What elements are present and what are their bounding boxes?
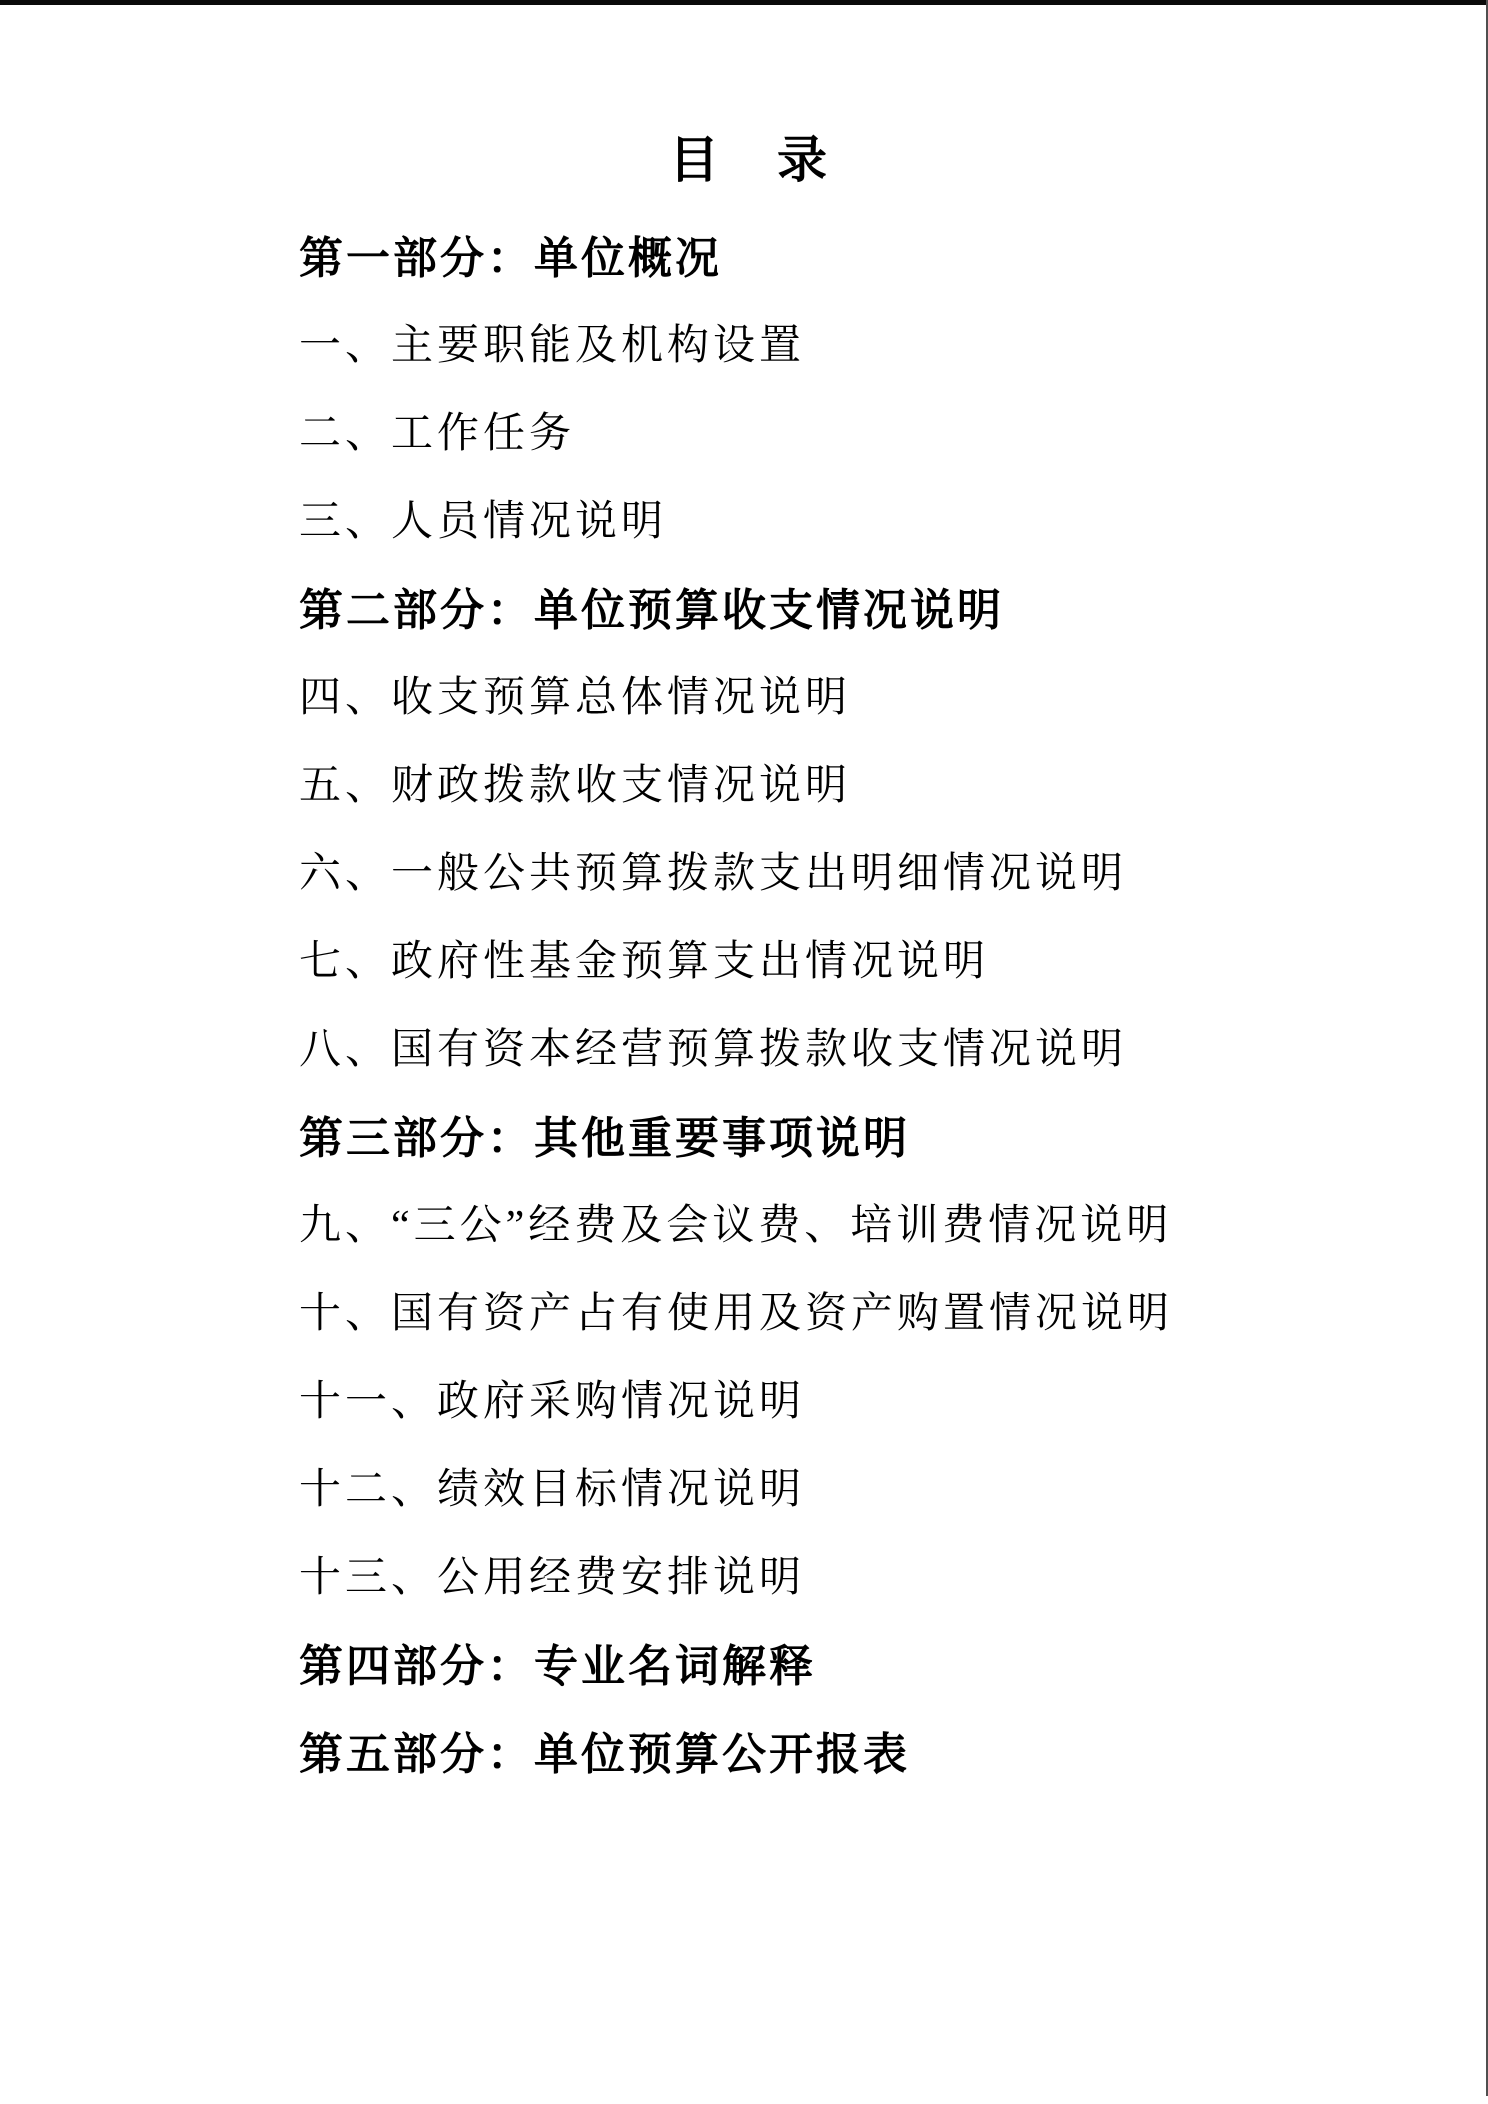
document-page: 目 录 第一部分：单位概况一、主要职能及机构设置二、工作任务三、人员情况说明第二… bbox=[0, 0, 1488, 2104]
toc-entry: 二、工作任务 bbox=[299, 410, 1399, 458]
toc-entry: 一、主要职能及机构设置 bbox=[299, 322, 1399, 370]
toc-entry: 八、国有资本经营预算拨款收支情况说明 bbox=[299, 1026, 1399, 1074]
toc-entry: 十三、公用经费安排说明 bbox=[299, 1554, 1399, 1602]
toc-entry: 十一、政府采购情况说明 bbox=[299, 1378, 1399, 1426]
toc-entry: 五、财政拨款收支情况说明 bbox=[299, 762, 1399, 810]
toc-entry: 十二、绩效目标情况说明 bbox=[299, 1466, 1399, 1514]
top-border-bar bbox=[0, 0, 1488, 5]
toc-entry: 三、人员情况说明 bbox=[299, 498, 1399, 546]
toc-entry: 四、收支预算总体情况说明 bbox=[299, 674, 1399, 722]
toc-section-heading: 第一部分：单位概况 bbox=[299, 234, 1399, 285]
toc-entry: 十、国有资产占有使用及资产购置情况说明 bbox=[299, 1290, 1399, 1338]
page-title: 目 录 bbox=[300, 130, 1200, 190]
toc-section-heading: 第三部分：其他重要事项说明 bbox=[299, 1114, 1399, 1165]
toc-section-heading: 第四部分：专业名词解释 bbox=[299, 1642, 1399, 1693]
toc-entry: 九、“三公”经费及会议费、培训费情况说明 bbox=[299, 1202, 1399, 1250]
toc-entry: 七、政府性基金预算支出情况说明 bbox=[299, 938, 1399, 986]
toc-entry: 六、一般公共预算拨款支出明细情况说明 bbox=[299, 850, 1399, 898]
toc-section-heading: 第二部分：单位预算收支情况说明 bbox=[299, 586, 1399, 637]
toc-section-heading: 第五部分：单位预算公开报表 bbox=[299, 1730, 1399, 1781]
